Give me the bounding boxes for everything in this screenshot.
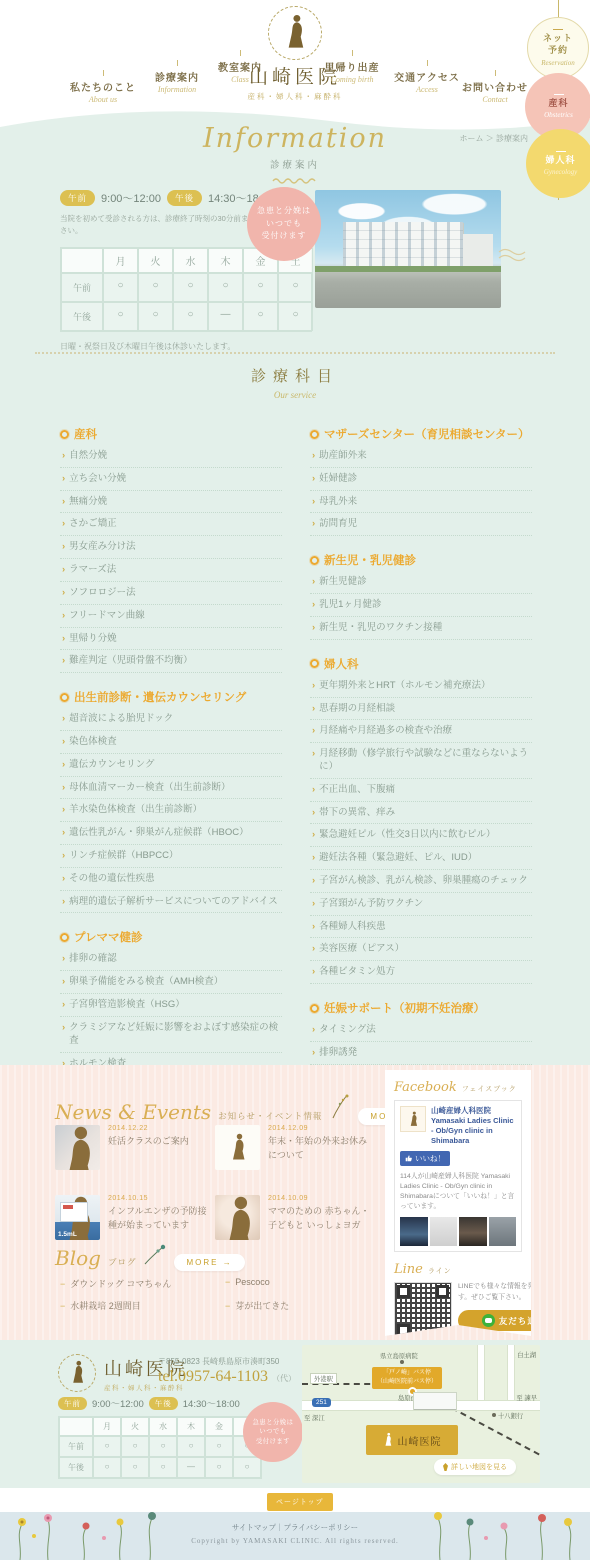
- service-item[interactable]: › 病理的遺伝子解析サービスについてのアドバイス: [60, 891, 282, 914]
- building-shape: [343, 222, 463, 268]
- schedule-cell: ○: [205, 1457, 233, 1478]
- service-item[interactable]: › 各種ビタミン処方: [310, 961, 532, 984]
- emergency-line: 受付けます: [262, 230, 307, 242]
- hedge-shape: [315, 266, 501, 272]
- services-title-en: Our service: [0, 390, 590, 400]
- service-item[interactable]: › 排卵誘発: [310, 1042, 532, 1065]
- facebook-page-name[interactable]: 山崎産婦人科医院 Yamasaki Ladies Clinic - Ob/Gyn…: [431, 1106, 516, 1147]
- map-clinic-name: 山崎医院: [398, 1433, 442, 1448]
- line-title-jp: ライン: [428, 1266, 452, 1276]
- service-item[interactable]: › 排卵の確認: [60, 948, 282, 971]
- nav-class[interactable]: 教室案内Class: [208, 50, 272, 84]
- news-item[interactable]: 2014.12.22 妊活クラスのご案内: [55, 1125, 215, 1195]
- arrow-icon: ›: [312, 875, 315, 888]
- service-heading-text: 婦人科: [324, 656, 359, 672]
- map-to-fukae-label: 至 深江: [304, 1413, 325, 1422]
- service-section: 婦人科 › 更年期外来とHRT（ホルモン補充療法） › 思春期の月経相談: [310, 656, 532, 984]
- service-item[interactable]: › ラマーズ法: [60, 559, 282, 582]
- service-item-label: 立ち会い分娩: [69, 473, 126, 486]
- nav-label: 私たちのこと: [58, 79, 148, 94]
- service-item-label: さかご矯正: [69, 518, 117, 531]
- arrow-icon: ›: [312, 852, 315, 865]
- service-item[interactable]: › 男女産み分け法: [60, 536, 282, 559]
- tick-decoration: [556, 151, 566, 152]
- arrow-icon: ›: [62, 759, 65, 772]
- nav-label: 教室案内: [208, 59, 272, 74]
- pregnant-woman-icon: [268, 6, 322, 60]
- service-section: 産科 › 自然分娩 › 立ち会い分娩 ›: [60, 426, 282, 673]
- schedule-cell: ○: [177, 1436, 205, 1457]
- nav-label: お問い合わせ: [452, 79, 538, 94]
- news-title-jp: お知らせ・イベント情報: [218, 1110, 322, 1122]
- sun-bullet-icon: [60, 693, 69, 702]
- nav-tick: [427, 60, 428, 66]
- schedule-cell: ○: [278, 302, 313, 331]
- privacy-link[interactable]: プライバシーポリシー: [284, 1523, 359, 1532]
- emergency-badge: 急患と分娩は いつでも 受付けます: [247, 187, 321, 261]
- service-section-heading: 婦人科: [310, 656, 532, 672]
- service-item[interactable]: › 新生児健診: [310, 571, 532, 594]
- facebook-page-logo: [400, 1106, 426, 1132]
- service-item-label: 新生児健診: [319, 576, 367, 589]
- schedule-cell: ○: [149, 1457, 177, 1478]
- service-item[interactable]: › 自然分娩: [60, 445, 282, 468]
- schedule-corner-cell: [59, 1417, 93, 1436]
- service-item[interactable]: › 月経痛や月経過多の検査や治療: [310, 720, 532, 743]
- main-content: ホーム ＞ 診療案内 Information 診療案内 午前 9:00～12:0…: [0, 105, 590, 1065]
- blog-list: − ダウンドッグ コマちゃん − Pescoco − 水耕栽培 2週間目 − 芽…: [60, 1277, 385, 1321]
- map-bank-label: 十八銀行: [498, 1411, 523, 1420]
- news-item[interactable]: 2014.12.09 年末・年始の外来お休みについて: [215, 1125, 380, 1195]
- service-item[interactable]: › 子宮がん検診、乳がん検診、卵巣腫瘍のチェック: [310, 870, 532, 893]
- service-item[interactable]: › フリードマン曲線: [60, 605, 282, 628]
- arrow-icon: →: [223, 1258, 233, 1267]
- blog-link-label: 芽が出てきた: [235, 1299, 289, 1312]
- am-badge: 午前: [60, 190, 95, 206]
- arrow-icon: ›: [312, 473, 315, 486]
- schedule-cell: ○: [243, 273, 278, 302]
- dash-icon: −: [60, 1301, 65, 1311]
- person-icon: [443, 1463, 448, 1471]
- service-item[interactable]: › タイミング法: [310, 1019, 532, 1042]
- gynecology-label: 婦人科: [545, 155, 575, 167]
- service-heading-text: 妊娠サポート（初期不妊治療）: [324, 1000, 485, 1016]
- schedule-cell: ○: [93, 1436, 121, 1457]
- blog-link[interactable]: − 水耕栽培 2週間目: [60, 1299, 225, 1321]
- schedule-cell: ○: [243, 302, 278, 331]
- schedule-cell: —: [177, 1457, 205, 1478]
- line-add-friend-button[interactable]: 友だち追加: [458, 1310, 570, 1331]
- am-time: 9:00～12:00: [92, 1396, 144, 1410]
- schedule-day-header: 木: [208, 248, 243, 273]
- access-map: 県立島原病院 至 白土湖 外港駅 島原街道 251 至 深江 至 諫早 「戸ノ崎…: [302, 1345, 540, 1483]
- service-item[interactable]: › 母体血清マーカー検査（出生前診断）: [60, 777, 282, 800]
- flower-sprig-icon: [143, 1243, 167, 1265]
- service-item[interactable]: › 帯下の異常、痒み: [310, 802, 532, 825]
- pm-time: 14:30～18:00: [183, 1396, 240, 1410]
- link-separator: ｜: [276, 1523, 284, 1532]
- news-title-en: News & Events: [55, 1100, 211, 1124]
- breadcrumb-separator: ＞: [486, 134, 494, 143]
- arrow-icon: ›: [62, 496, 65, 509]
- nav-tick: [352, 50, 353, 56]
- arrow-icon: ›: [312, 966, 315, 979]
- schedule-cell: —: [208, 302, 243, 331]
- news-section: News & Events お知らせ・イベント情報 MORE → 2014.12…: [0, 1065, 590, 1340]
- service-item-label: 自然分娩: [69, 450, 107, 463]
- like-label: いいね！: [415, 1153, 445, 1164]
- arrow-icon: ›: [312, 1047, 315, 1060]
- pregnant-woman-icon: [408, 1111, 419, 1128]
- schedule-cell: ○: [173, 273, 208, 302]
- service-item[interactable]: › リンチ症候群（HBPCC）: [60, 845, 282, 868]
- service-item[interactable]: › 助産師外来: [310, 445, 532, 468]
- breadcrumb: ホーム ＞ 診療案内: [460, 133, 528, 144]
- schedule-cell: ○: [93, 1457, 121, 1478]
- arrow-icon: ›: [312, 680, 315, 693]
- services-column-right: マザーズセンター（育児相談センター） › 助産師外来 › 妊婦健診: [310, 410, 532, 1144]
- pm-badge: 午後: [167, 190, 202, 206]
- pregnant-woman-icon: [383, 1432, 393, 1448]
- blog-link[interactable]: − ダウンドッグ コマちゃん: [60, 1277, 225, 1299]
- service-item-label: 訪問育児: [319, 518, 357, 531]
- schedule-day-header: 金: [205, 1417, 233, 1436]
- detailed-map-label: 詳しい地図を見る: [451, 1462, 507, 1472]
- schedule-cell: ○: [173, 302, 208, 331]
- arrow-icon: ›: [62, 953, 65, 966]
- line-text: LINEでも様々な情報を発信しています。ぜひご覧下さい。: [458, 1282, 570, 1304]
- service-item[interactable]: › 子宮卵管造影検査（HSG）: [60, 994, 282, 1017]
- thumbs-up-icon: [405, 1155, 412, 1162]
- sun-bullet-icon: [310, 556, 319, 565]
- bus-stop-label: 「戸ノ崎」バス停 （山崎医院前バス停）: [372, 1367, 442, 1389]
- arrow-icon: ›: [312, 921, 315, 934]
- am-time: 9:00～12:00: [101, 190, 161, 206]
- breadcrumb-home-link[interactable]: ホーム: [460, 134, 484, 143]
- service-item-label: 排卵の確認: [69, 953, 117, 966]
- schedule-cell: ○: [138, 302, 173, 331]
- service-item[interactable]: › 里帰り分娩: [60, 628, 282, 651]
- flower-sprig-icon: [329, 1093, 351, 1119]
- tel-number: tel.0957-64-1103: [158, 1368, 268, 1385]
- bus-stop-line2: （山崎医院前バス停）: [377, 1378, 437, 1387]
- schedule-day-header: 水: [149, 1417, 177, 1436]
- arrow-icon: ›: [312, 807, 315, 820]
- blog-link[interactable]: − Pescoco: [225, 1277, 385, 1299]
- service-item-label: 避妊法各種（緊急避妊、ピル、IUD）: [319, 852, 477, 865]
- service-heading-text: 出生前診断・遺伝カウンセリング: [74, 689, 246, 705]
- blog-more-button[interactable]: MORE →: [174, 1254, 244, 1271]
- service-item[interactable]: › 子宮頸がん予防ワクチン: [310, 893, 532, 916]
- service-heading-text: マザーズセンター（育児相談センター）: [324, 426, 530, 442]
- nav-information[interactable]: 診療案内Information: [142, 60, 212, 94]
- service-item-label: 各種ビタミン処方: [319, 966, 395, 979]
- service-item-label: 羊水染色体検査（出生前診断）: [69, 804, 202, 817]
- map-hospital-label: 県立島原病院: [380, 1351, 418, 1360]
- service-item[interactable]: › 月経移動（修学旅行や試験などに重ならないように）: [310, 743, 532, 779]
- arrow-icon: ›: [62, 896, 65, 909]
- route-251-badge: 251: [312, 1398, 331, 1407]
- footer-tel-link[interactable]: tel.0957-64-1103 （代）: [158, 1368, 296, 1386]
- service-item-label: 無痛分娩: [69, 496, 107, 509]
- news-thumbnail: [215, 1195, 260, 1240]
- arrow-icon: ›: [62, 655, 65, 668]
- map-hospital-dot: [400, 1360, 404, 1364]
- schedule-cell: ○: [121, 1457, 149, 1478]
- service-item[interactable]: › 避妊法各種（緊急避妊、ピル、IUD）: [310, 847, 532, 870]
- service-section: 新生児・乳児健診 › 新生児健診 › 乳児1ヶ月健診: [310, 552, 532, 639]
- service-item-label: 子宮がん検診、乳がん検診、卵巣腫瘍のチェック: [319, 875, 528, 888]
- service-item[interactable]: › 更年期外来とHRT（ホルモン補充療法）: [310, 675, 532, 698]
- service-item-label: 遺伝カウンセリング: [69, 759, 154, 772]
- clinic-building-photo: [315, 190, 501, 308]
- sitemap-link[interactable]: サイトマップ: [232, 1523, 276, 1532]
- service-item[interactable]: › 新生児・乳児のワクチン接種: [310, 617, 532, 640]
- news-date: 2014.10.09: [268, 1195, 373, 1202]
- arrow-icon: ›: [312, 943, 315, 956]
- reservation-button[interactable]: ネット 予約Reservation: [527, 17, 589, 79]
- service-item-label: 子宮卵管造影検査（HSG）: [69, 999, 185, 1012]
- arrow-icon: ›: [62, 610, 65, 623]
- nav-label: 診療案内: [142, 69, 212, 84]
- service-item[interactable]: › 不正出血、下腹痛: [310, 779, 532, 802]
- schedule-day-header: 火: [121, 1417, 149, 1436]
- service-item[interactable]: › クラミジアなど妊娠に影響をおよぼす感染症の検査: [60, 1017, 282, 1053]
- tick-decoration: [554, 94, 564, 95]
- page: 山崎医院 産科・婦人科・麻酔科 私たちのことAbout us 診療案内Infor…: [0, 0, 590, 1560]
- service-item-label: 超音波による胎児ドック: [69, 713, 173, 726]
- news-header: News & Events お知らせ・イベント情報 MORE →: [55, 1093, 429, 1125]
- map-clinic-building: [414, 1393, 456, 1409]
- schedule-cell: ○: [233, 1457, 261, 1478]
- arrow-icon: ›: [62, 713, 65, 726]
- map-road: [508, 1345, 514, 1401]
- emergency-line: 受付けます: [256, 1437, 290, 1446]
- arrow-icon: ›: [62, 473, 65, 486]
- nav-tick: [177, 60, 178, 66]
- service-item-label: 病理的遺伝子解析サービスについてのアドバイス: [69, 896, 278, 909]
- service-item-label: 乳児1ヶ月健診: [319, 599, 381, 612]
- sun-bullet-icon: [310, 659, 319, 668]
- news-date: 2014.10.15: [108, 1195, 213, 1202]
- page-title-jp: 診療案内: [0, 157, 590, 171]
- service-item-label: 母乳外来: [319, 496, 357, 509]
- news-thumbnail: [215, 1125, 260, 1170]
- service-item[interactable]: › 遺伝カウンセリング: [60, 754, 282, 777]
- arrow-icon: ›: [62, 782, 65, 795]
- service-item-label: 妊婦健診: [319, 473, 357, 486]
- bottom-strip: サイトマップ｜プライバシーポリシー Copyright by YAMASAKI …: [0, 1512, 590, 1560]
- arrow-icon: ›: [62, 827, 65, 840]
- line-widget: Line ライン LINEでも様々な情報を発信しています。ぜひご覧下さい。 友だ…: [394, 1262, 522, 1340]
- schedule-corner-cell: [61, 248, 103, 273]
- more-label: MORE: [186, 1258, 218, 1267]
- schedule-cell: ○: [103, 302, 138, 331]
- gynecology-button[interactable]: 婦人科Gynecology: [526, 129, 590, 198]
- footer-address: 〒855-0823 長崎県島原市湊町350: [158, 1356, 279, 1367]
- schedule-cell: ○: [149, 1436, 177, 1457]
- service-item[interactable]: › 緊急避妊ピル（性交3日以内に飲むピル）: [310, 824, 532, 847]
- detailed-map-button[interactable]: 詳しい地図を見る: [434, 1459, 516, 1475]
- squiggle-decoration: [272, 177, 318, 185]
- am-badge: 午前: [58, 1397, 87, 1410]
- service-item[interactable]: › 超音波による胎児ドック: [60, 708, 282, 731]
- flower-illustration: [410, 1502, 590, 1560]
- service-item-label: 帯下の異常、痒み: [319, 807, 395, 820]
- facebook-title-jp: フェイスブック: [462, 1084, 517, 1094]
- service-item[interactable]: › 遺伝性乳がん・卵巣がん症候群（HBOC）: [60, 822, 282, 845]
- avatar[interactable]: [430, 1217, 458, 1246]
- news-text: 2014.10.09 ママのための 赤ちゃん・子どもと いっしょヨガ: [268, 1195, 373, 1265]
- nav-tick: [495, 70, 496, 76]
- service-item-label: ソフロロジー法: [69, 587, 136, 600]
- schedule-cell: ○: [278, 273, 313, 302]
- schedule-row-label: 午後: [61, 302, 103, 331]
- blog-link-label: 水耕栽培 2週間目: [70, 1299, 141, 1312]
- service-item[interactable]: › ソフロロジー法: [60, 582, 282, 605]
- service-item-label: 各種婦人科疾患: [319, 921, 386, 934]
- service-item[interactable]: › 立ち会い分娩: [60, 468, 282, 491]
- news-item-title: ママのための 赤ちゃん・子どもと いっしょヨガ: [268, 1205, 373, 1233]
- building-wing-shape: [463, 234, 493, 268]
- line-icon: [482, 1314, 495, 1327]
- service-heading-text: プレママ健診: [74, 929, 143, 945]
- service-item-label: 助産師外来: [319, 450, 367, 463]
- arrow-icon: ›: [62, 633, 65, 646]
- obstetrics-sublabel: Obstetrics: [544, 111, 573, 119]
- services-columns: 産科 › 自然分娩 › 立ち会い分娩 ›: [60, 410, 532, 1144]
- blog-title-jp: ブログ: [108, 1256, 137, 1268]
- site-header: 山崎医院 産科・婦人科・麻酔科 私たちのことAbout us 診療案内Infor…: [0, 0, 590, 110]
- service-item-label: 更年期外来とHRT（ホルモン補充療法）: [319, 680, 490, 693]
- news-item-title: インフルエンザの予防接種が始まっています: [108, 1205, 213, 1233]
- service-item[interactable]: › 各種婦人科疾患: [310, 916, 532, 939]
- blog-link[interactable]: − 芽が出てきた: [225, 1299, 385, 1321]
- service-item-label: 染色体検査: [69, 736, 117, 749]
- facebook-like-button[interactable]: いいね！: [400, 1151, 450, 1166]
- service-item[interactable]: › 訪問育児: [310, 513, 532, 536]
- schedule-day-header: 月: [93, 1417, 121, 1436]
- service-item[interactable]: › その他の遺伝性疾患: [60, 868, 282, 891]
- pm-badge: 午後: [149, 1397, 178, 1410]
- service-item[interactable]: › 思春期の月経相談: [310, 698, 532, 721]
- service-item[interactable]: › 無痛分娩: [60, 491, 282, 514]
- emergency-line: いつでも: [266, 218, 302, 230]
- schedule-row-label: 午後: [59, 1457, 93, 1478]
- nav-satogaeri[interactable]: 里帰り出産Coming birth: [316, 50, 388, 84]
- service-item-label: 緊急避妊ピル（性交3日以内に飲むピル）: [319, 829, 495, 842]
- footer-schedule-table: 月火水木金土 午前 ○○○○○○ 午後 ○○○—○○: [58, 1416, 262, 1479]
- site-footer: 山崎医院 産科・婦人科・麻酔科 〒855-0823 長崎県島原市湊町350 te…: [0, 1340, 590, 1488]
- service-item-label: 難産判定（児頭骨盤不均衡）: [69, 655, 193, 668]
- arrow-icon: ›: [312, 450, 315, 463]
- blog-link-label: ダウンドッグ コマちゃん: [70, 1277, 171, 1290]
- service-item[interactable]: › 妊婦健診: [310, 468, 532, 491]
- arrow-icon: ›: [312, 725, 315, 738]
- avatar[interactable]: [459, 1217, 487, 1246]
- dash-icon: −: [225, 1301, 230, 1311]
- breadcrumb-current: 診療案内: [496, 134, 528, 143]
- news-thumbnail: [55, 1125, 100, 1170]
- line-title-en: Line: [394, 1262, 423, 1277]
- service-heading-text: 新生児・乳児健診: [324, 552, 416, 568]
- page-top-button[interactable]: ページトップ: [267, 1493, 333, 1511]
- service-heading-text: 産科: [74, 426, 97, 442]
- service-item-label: 月経痛や月経過多の検査や治療: [319, 725, 452, 738]
- dotted-divider: [35, 352, 555, 354]
- arrow-icon: ›: [312, 1024, 315, 1037]
- service-item[interactable]: › 乳児1ヶ月健診: [310, 594, 532, 617]
- facebook-title: Facebook フェイスブック: [394, 1080, 522, 1095]
- arrow-icon: ›: [62, 518, 65, 531]
- service-item-label: タイミング法: [319, 1024, 376, 1037]
- map-road: [478, 1345, 484, 1401]
- sun-bullet-icon: [60, 430, 69, 439]
- news-thumbnail: 1.5mL: [55, 1195, 100, 1240]
- bus-stop-line1: 「戸ノ崎」バス停: [377, 1369, 437, 1378]
- service-item[interactable]: › 美容医療（ピアス）: [310, 938, 532, 961]
- reservation-sublabel: Reservation: [541, 59, 574, 67]
- service-section-heading: 産科: [60, 426, 282, 442]
- service-item-label: 母体血清マーカー検査（出生前診断）: [69, 782, 230, 795]
- sun-bullet-icon: [310, 1004, 319, 1013]
- arrow-icon: ›: [62, 850, 65, 863]
- service-section-heading: マザーズセンター（育児相談センター）: [310, 426, 532, 442]
- service-item[interactable]: › 染色体検査: [60, 731, 282, 754]
- avatar[interactable]: [489, 1217, 517, 1246]
- blog-header: Blog ブログ MORE →: [55, 1243, 245, 1271]
- service-item-label: クラミジアなど妊娠に影響をおよぼす感染症の検査: [69, 1022, 282, 1048]
- schedule-day-header: 木: [177, 1417, 205, 1436]
- facebook-avatars: [400, 1217, 516, 1246]
- reservation-label: ネット 予約: [543, 33, 573, 56]
- arrow-icon: ›: [312, 576, 315, 589]
- service-item-label: 遺伝性乳がん・卵巣がん症候群（HBOC）: [69, 827, 248, 840]
- sun-bullet-icon: [60, 933, 69, 942]
- service-item-label: 美容医療（ピアス）: [319, 943, 404, 956]
- service-item[interactable]: › さかご矯正: [60, 513, 282, 536]
- service-item[interactable]: › 母乳外来: [310, 491, 532, 514]
- services-column-left: 産科 › 自然分娩 › 立ち会い分娩 ›: [60, 410, 282, 1144]
- line-qr-code: [394, 1282, 452, 1340]
- blog-link-label: Pescoco: [235, 1277, 270, 1287]
- service-item[interactable]: › 羊水染色体検査（出生前診断）: [60, 799, 282, 822]
- wave-decoration: [498, 247, 526, 263]
- dash-icon: −: [225, 1277, 230, 1287]
- facebook-likes-text: 114人が山崎産婦人科医院 Yamasaki Ladies Clinic - O…: [400, 1172, 516, 1213]
- arrow-icon: ›: [62, 1022, 65, 1048]
- service-item-label: 排卵誘発: [319, 1047, 357, 1060]
- footer-emergency-badge: 急患と分娩は いつでも 受付けます: [243, 1402, 303, 1462]
- schedule-row-label: 午前: [61, 273, 103, 302]
- arrow-icon: ›: [312, 496, 315, 509]
- service-section: マザーズセンター（育児相談センター） › 助産師外来 › 妊婦健診: [310, 426, 532, 536]
- tel-suffix: （代）: [272, 1374, 296, 1383]
- schedule-cell: ○: [208, 273, 243, 302]
- service-item-label: 子宮頸がん予防ワクチン: [319, 898, 423, 911]
- nav-about[interactable]: 私たちのことAbout us: [58, 70, 148, 104]
- arrow-icon: ›: [62, 564, 65, 577]
- service-item[interactable]: › 卵巣予備能をみる検査（AMH検査）: [60, 971, 282, 994]
- schedule-cell: ○: [138, 273, 173, 302]
- arrow-icon: ›: [62, 587, 65, 600]
- nav-sublabel: Coming birth: [316, 75, 388, 84]
- clinic-subtitle: 産科・婦人科・麻酔科: [240, 91, 350, 102]
- blog-title-en: Blog: [55, 1246, 101, 1270]
- avatar[interactable]: [400, 1217, 428, 1246]
- line-button-label: 友だち追加: [499, 1315, 547, 1327]
- service-item[interactable]: › 難産判定（児頭骨盤不均衡）: [60, 650, 282, 673]
